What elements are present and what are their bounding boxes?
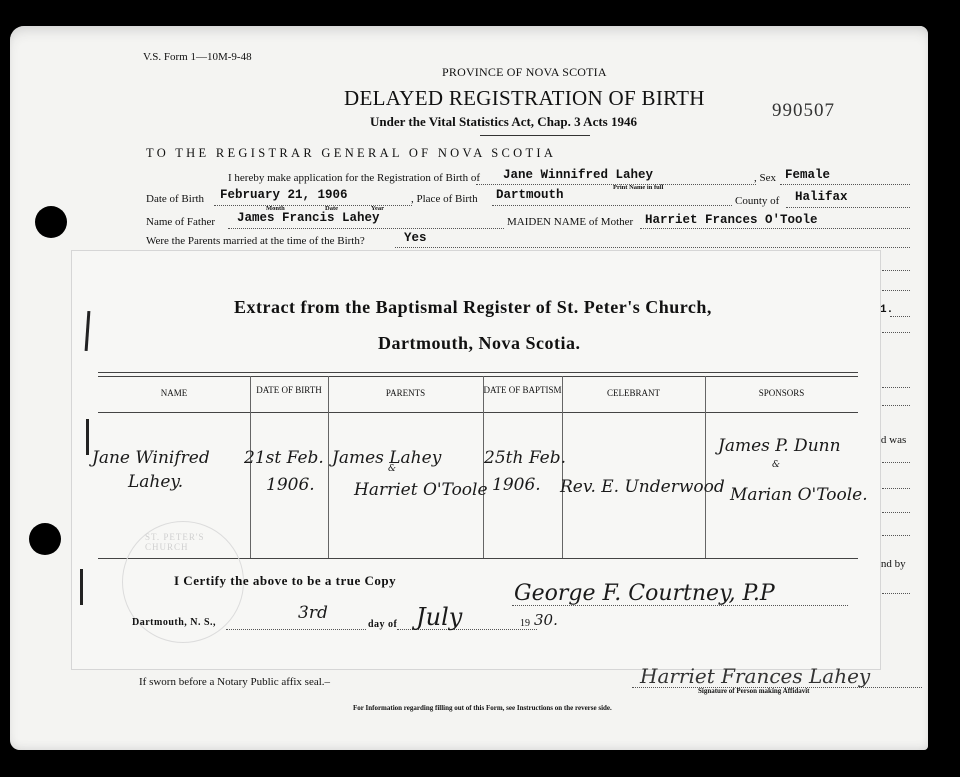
dob-label: Date of Birth (146, 193, 204, 205)
married-label: Were the Parents married at the time of … (146, 235, 365, 247)
sex-value: Female (785, 168, 830, 182)
certify-year: 30. (534, 611, 558, 629)
signature-line (588, 625, 878, 626)
sex-underline (780, 184, 910, 185)
right-fragment-3: and by (876, 558, 906, 570)
margin-mark (85, 311, 91, 351)
serial-number: 990507 (772, 100, 835, 122)
subtitle: Under the Vital Statistics Act, Chap. 3 … (370, 114, 637, 130)
form-line (882, 270, 910, 271)
table-rule (98, 372, 858, 377)
margin-mark (86, 419, 89, 455)
place-underline (492, 205, 732, 206)
extract-place: Dartmouth, Nova Scotia. (378, 333, 581, 354)
entry-parents-amp: & (388, 464, 396, 474)
form-line (882, 332, 910, 333)
column-header-name: NAME (98, 389, 250, 398)
entry-name-line1: Jane Winifred (92, 448, 210, 468)
form-line (882, 405, 910, 406)
signature-label: Signature of Person making Affidavit (698, 687, 810, 695)
seal-text: ST. PETER'S CHURCH (145, 532, 243, 552)
notary-note: If sworn before a Notary Public affix se… (139, 676, 330, 688)
form-line (890, 316, 910, 317)
column-header-dob: DATE OF BIRTH (250, 386, 328, 395)
married-value: Yes (404, 231, 427, 245)
form-line (882, 290, 910, 291)
column-divider (705, 376, 706, 558)
mother-underline (640, 228, 910, 229)
place-value: Dartmouth (496, 188, 564, 202)
entry-parents-line1: James Lahey (332, 448, 441, 468)
certify-year-prefix: 19 (520, 618, 530, 629)
right-fragment-2: ed was (876, 434, 906, 446)
certify-statement: I Certify the above to be a true Copy (174, 573, 396, 589)
instructions-note: For Information regarding filling out of… (353, 704, 612, 712)
column-header-celebrant: CELEBRANT (562, 389, 705, 398)
punch-hole (35, 206, 67, 238)
baptismal-extract: Extract from the Baptismal Register of S… (72, 251, 880, 669)
form-line (882, 488, 910, 489)
form-id: V.S. Form 1—10M-9-48 (143, 51, 252, 63)
father-underline (228, 228, 504, 229)
column-header-sponsors: SPONSORS (705, 389, 858, 398)
entry-sponsors-line2: Marian O'Toole. (730, 485, 868, 505)
column-header-parents: PARENTS (328, 389, 483, 398)
certify-month: July (416, 603, 462, 631)
married-underline (395, 247, 910, 248)
certify-day: 3rd (298, 603, 328, 623)
day-underline (226, 629, 366, 630)
title-divider (480, 135, 590, 136)
column-divider (328, 376, 329, 558)
column-header-baptism-date: DATE OF BAPTISM (483, 386, 562, 395)
certify-place: Dartmouth, N. S., (132, 617, 216, 628)
form-line (882, 387, 910, 388)
county-value: Halifax (795, 190, 848, 204)
day-of-label: day of (368, 619, 397, 630)
form-line (882, 593, 910, 594)
form-line (882, 535, 910, 536)
certifier-signature: George F. Courtney, P.P (514, 581, 775, 606)
father-value: James Francis Lahey (237, 211, 380, 225)
form-line (882, 462, 910, 463)
mother-value: Harriet Frances O'Toole (645, 213, 818, 227)
entry-name-line2: Lahey. (128, 472, 183, 492)
punch-hole (29, 523, 61, 555)
entry-parents-line2: Harriet O'Toole (354, 480, 488, 500)
certifier-underline (512, 605, 848, 606)
entry-baptism-line2: 1906. (492, 475, 541, 495)
sex-label: , Sex (754, 172, 776, 184)
dob-value: February 21, 1906 (220, 188, 348, 202)
child-name-value: Jane Winnifred Lahey (503, 168, 653, 182)
entry-celebrant: Rev. E. Underwood (560, 477, 725, 497)
affidavit-signature: Harriet Frances Lahey (640, 664, 870, 688)
father-label: Name of Father (146, 216, 215, 228)
page-title: DELAYED REGISTRATION OF BIRTH (344, 86, 705, 111)
county-label: County of (735, 195, 779, 207)
application-label: I hereby make application for the Regist… (228, 172, 480, 184)
entry-dob-line2: 1906. (266, 475, 315, 495)
right-fragment-1: 1. (880, 304, 893, 316)
county-underline (786, 207, 910, 208)
mother-label: MAIDEN NAME of Mother (507, 216, 633, 228)
extract-title: Extract from the Baptismal Register of S… (234, 297, 712, 318)
table-rule (98, 412, 858, 413)
entry-baptism-line1: 25th Feb. (484, 448, 566, 468)
entry-dob-line1: 21st Feb. (244, 448, 324, 468)
entry-sponsors-amp: & (772, 460, 780, 470)
addressee: TO THE REGISTRAR GENERAL OF NOVA SCOTIA (146, 146, 556, 161)
margin-mark (80, 569, 83, 605)
entry-sponsors-line1: James P. Dunn (718, 436, 841, 456)
place-label: , Place of Birth (411, 193, 478, 205)
province-label: PROVINCE OF NOVA SCOTIA (442, 65, 607, 80)
form-line (882, 512, 910, 513)
name-hint: Print Name in full (613, 184, 663, 191)
